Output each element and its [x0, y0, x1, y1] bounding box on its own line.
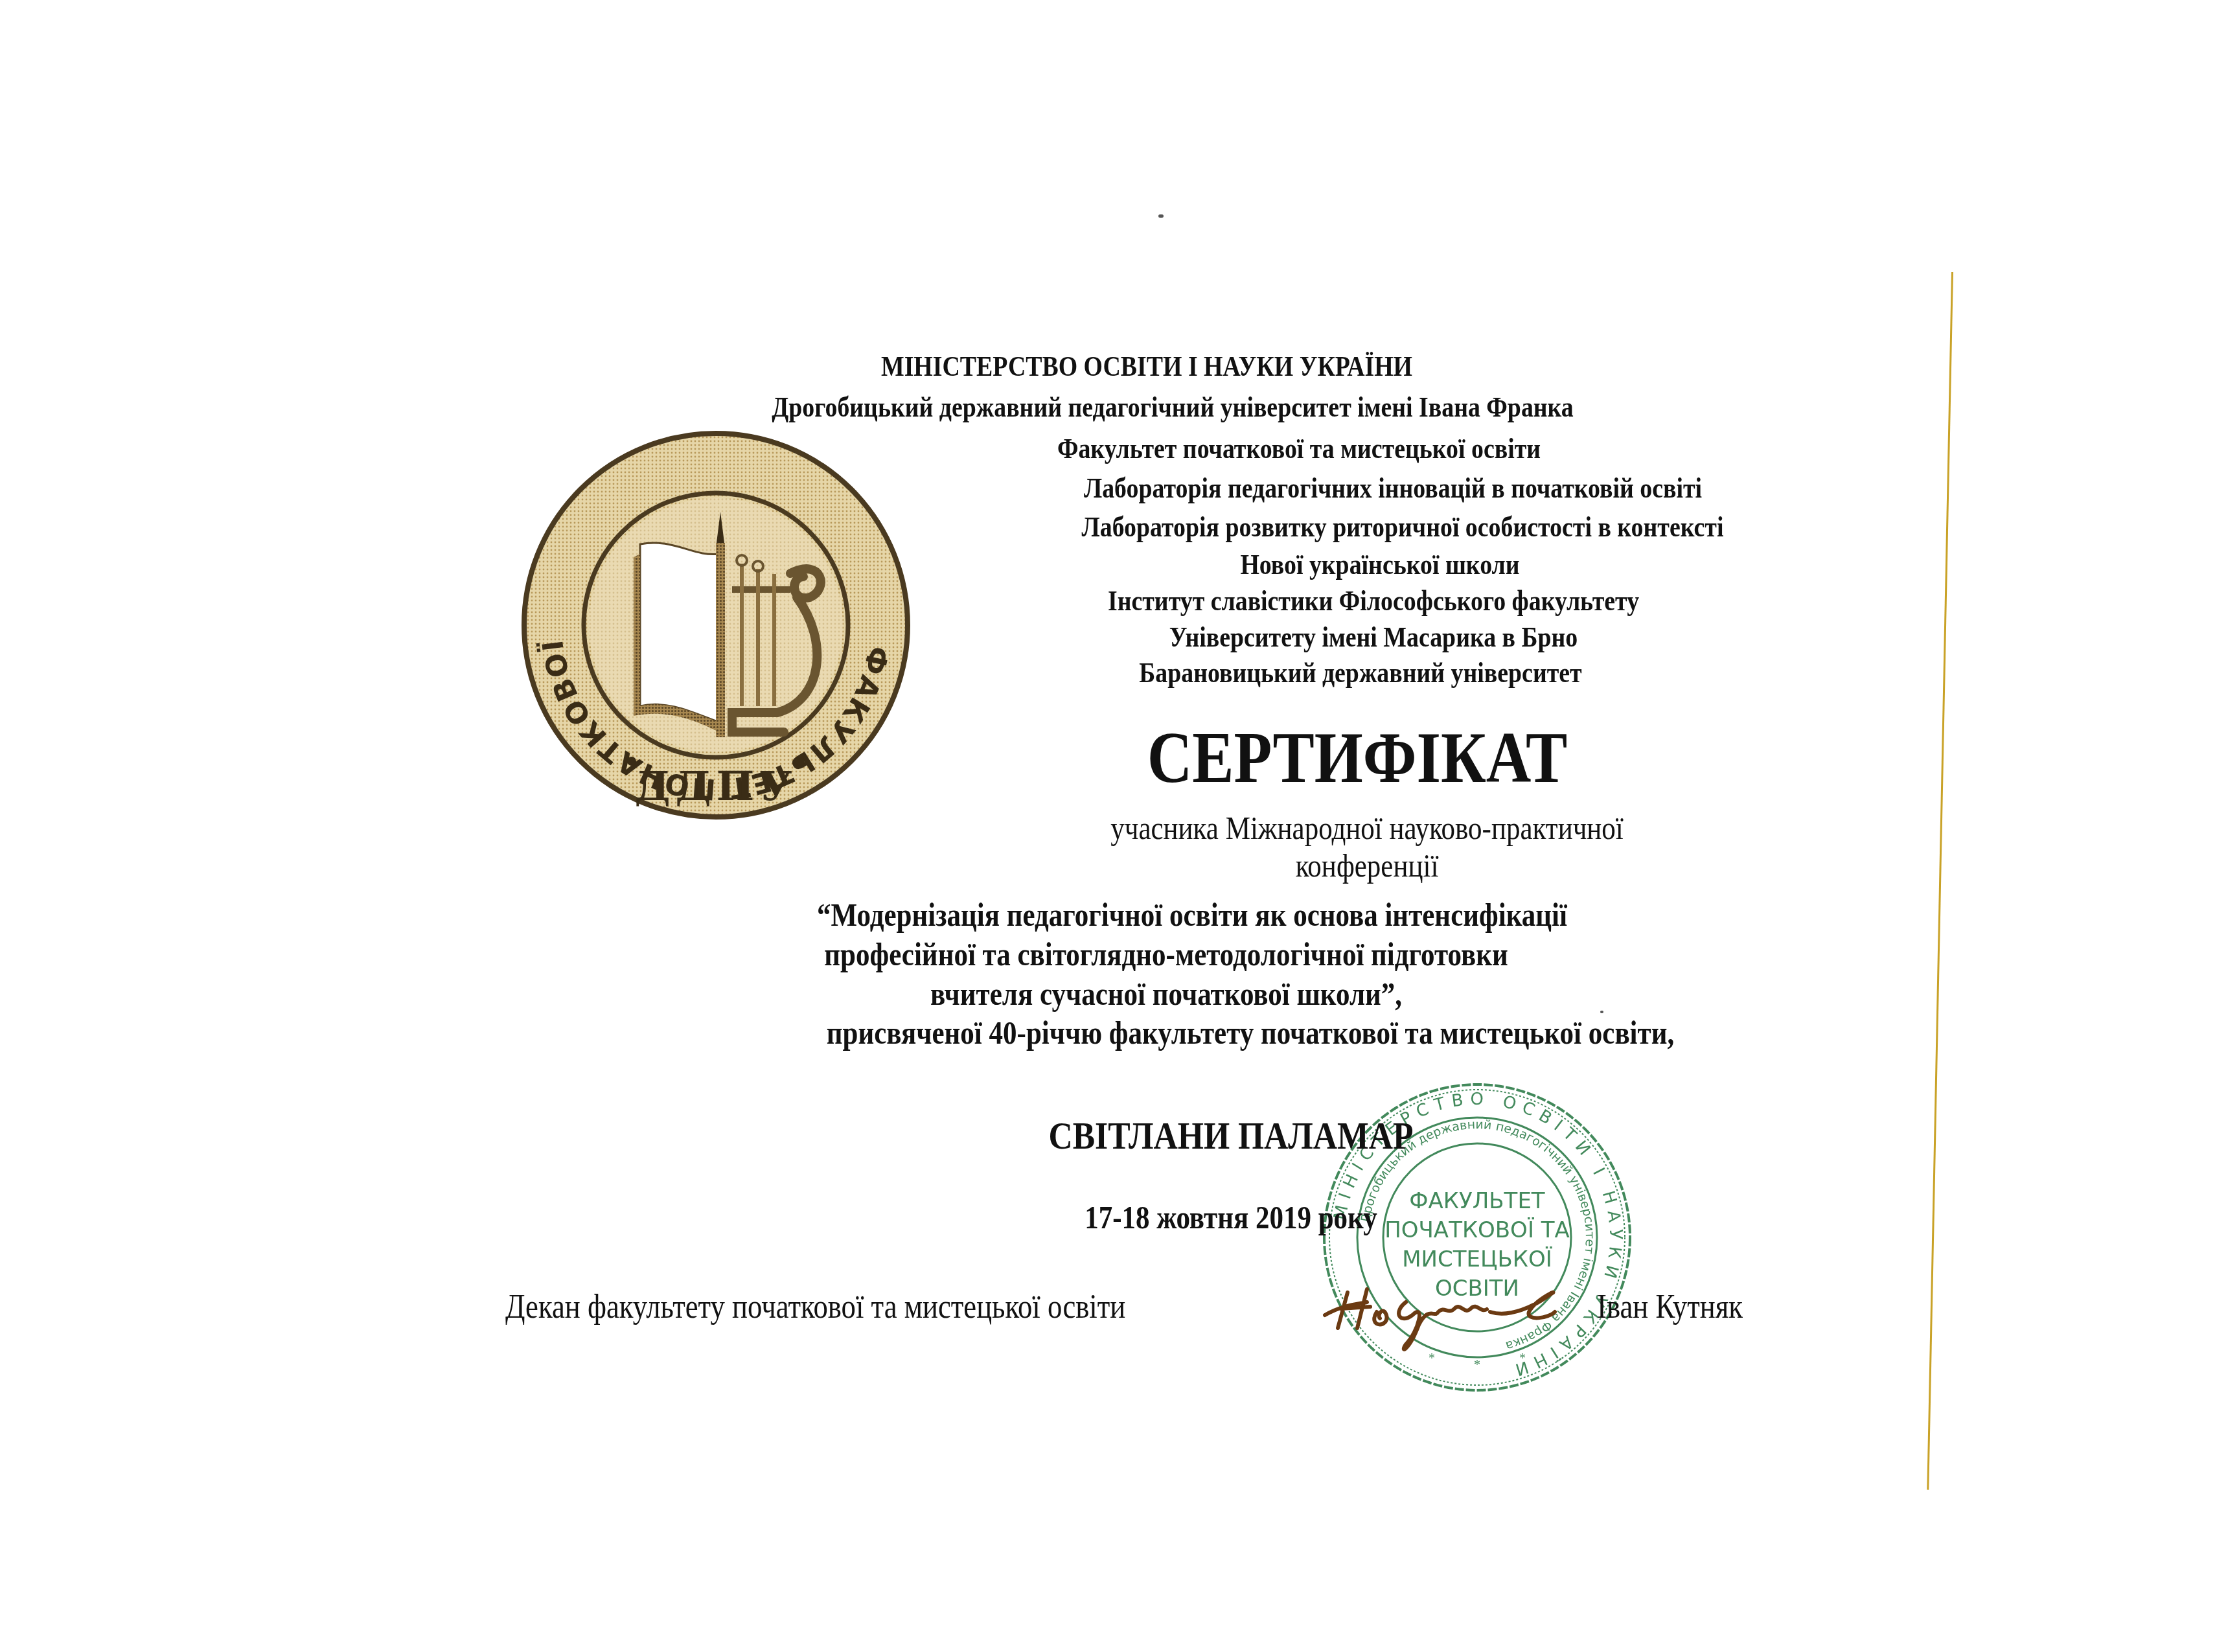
subtitle-participant: учасника Міжнародної науково-практичної — [1027, 809, 1706, 847]
header-faculty: Факультет початкової та мистецької освіт… — [1007, 432, 1592, 466]
header-lab-innovations: Лабораторія педагогічних інновацій в поч… — [997, 472, 1788, 505]
header-new-school: Нової української школи — [1185, 548, 1575, 582]
conference-title-line-2: професійної та світоглядно-методологічно… — [720, 935, 1612, 973]
svg-text:ДДПУ: ДДПУ — [634, 763, 797, 810]
header-ministry: МІНІСТЕРСТВО ОСВІТИ І НАУКИ УКРАЇНИ — [823, 350, 1470, 384]
header-masaryk-university: Університету імені Масарика в Брно — [1112, 621, 1635, 654]
event-date: 17-18 жовтня 2019 року — [1030, 1199, 1431, 1236]
certificate-page: МІНІСТЕРСТВО ОСВІТИ І НАУКИ УКРАЇНИ Дрог… — [0, 0, 2239, 1652]
signatory-name: Іван Кутняк — [1597, 1288, 1743, 1327]
header-baranovichi-university: Барановицький державний університет — [1082, 656, 1639, 690]
subtitle-conference: конференції — [1194, 847, 1539, 884]
recipient-name: СВІТЛАНИ ПАЛАМАР — [1008, 1113, 1454, 1158]
header-university: Дрогобицький державний педагогічний унів… — [693, 391, 1651, 424]
svg-text:*: * — [1474, 1358, 1480, 1372]
scan-speck — [1158, 214, 1164, 218]
conference-dedication: присвяченої 40-річчю факультету початков… — [721, 1014, 1780, 1051]
conference-title-line-3: вчителя сучасної початкової школи”, — [860, 975, 1473, 1013]
faculty-emblem-icon: ФАКУЛЬТЕТ ПОЧАТКОВОЇ ТА МИСТЕЦЬКОЇ ОСВІТ… — [518, 428, 913, 823]
header-slavistics-institute: Інститут славістики Філософського факуль… — [1039, 584, 1708, 618]
handwritten-signature-icon — [1322, 1267, 1594, 1357]
header-lab-rhetoric: Лабораторія розвитку риторичної особисто… — [999, 511, 1807, 544]
conference-title-line-1: “Модернізація педагогічної освіти як осн… — [702, 896, 1682, 934]
scan-speck — [1600, 1011, 1603, 1013]
signatory-position: Декан факультету початкової та мистецько… — [505, 1288, 1125, 1327]
certificate-title: СЕРТИФІКАТ — [1093, 719, 1622, 797]
paper-edge-line — [1927, 272, 1953, 1490]
